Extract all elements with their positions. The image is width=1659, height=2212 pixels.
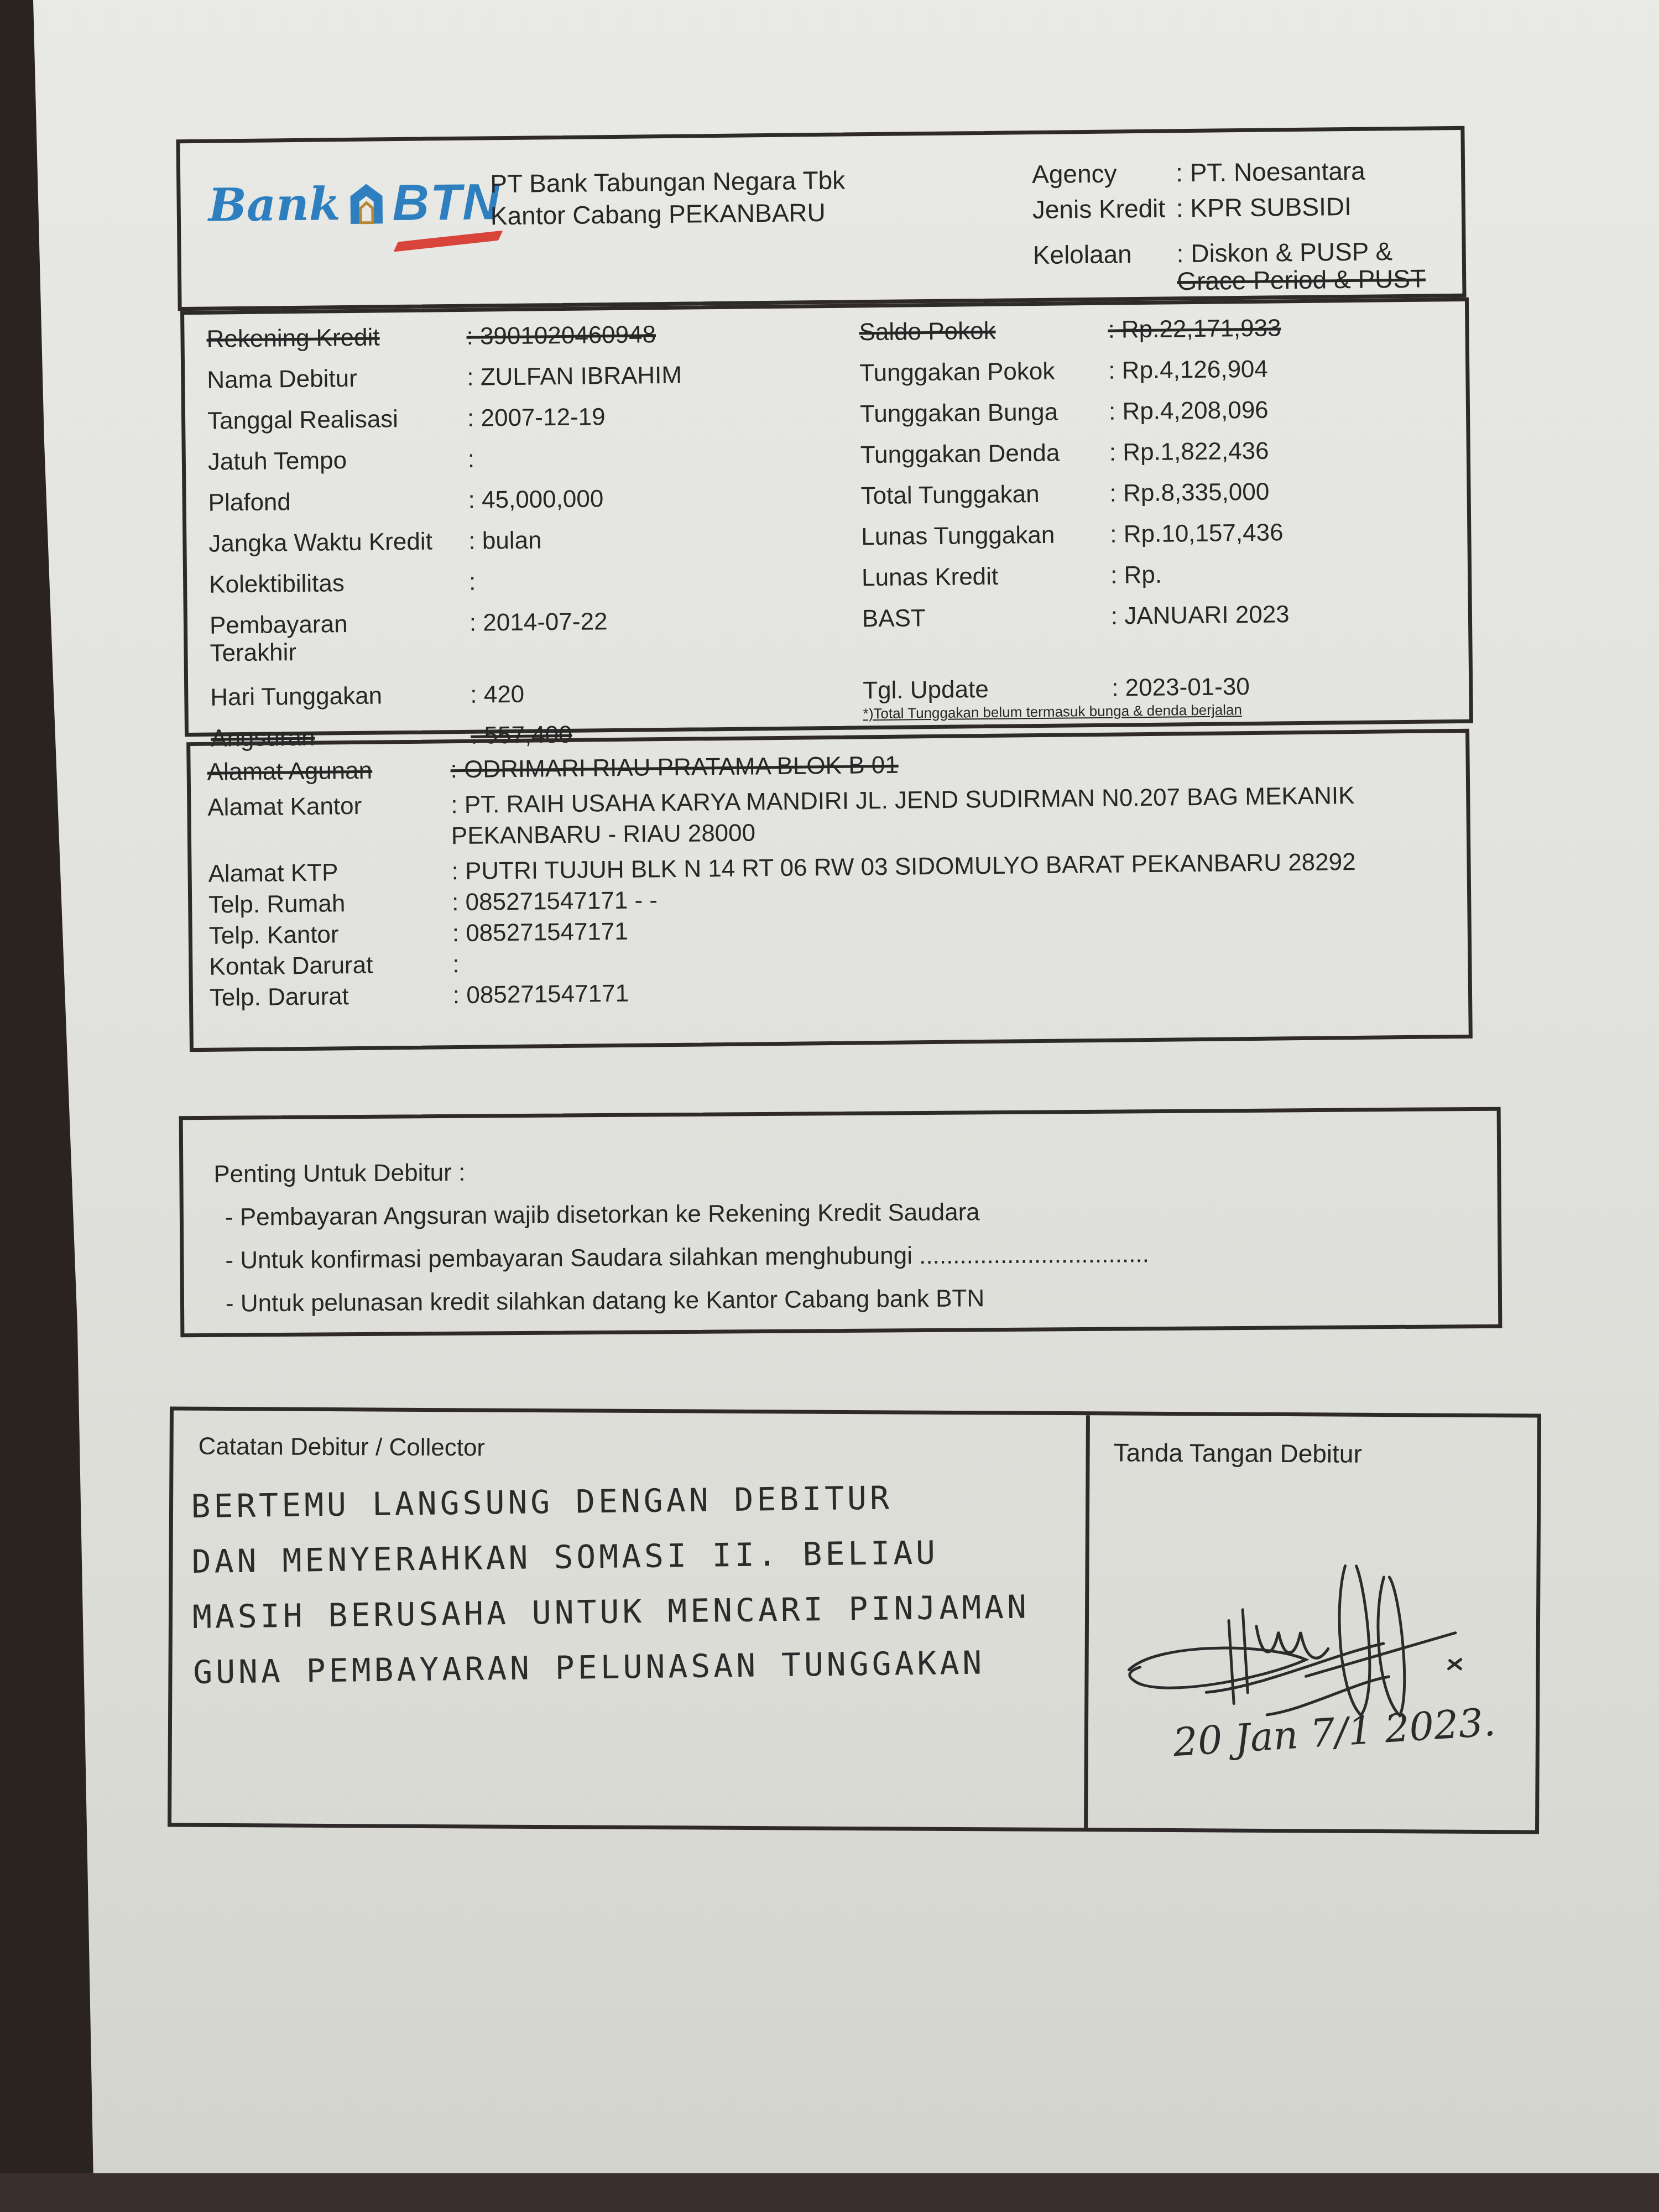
field-tunggakan-bunga: Tunggakan Bunga: Rp.4,208,096 [860, 396, 1288, 441]
header-box: Bank BTN PT Bank Tabungan Negara Tbk Kan… [176, 126, 1466, 311]
branch-name: Kantor Cabang PEKANBARU [491, 196, 846, 232]
field-value: : Rp.4,208,096 [1109, 397, 1269, 426]
field-value: : 2007-12-19 [467, 403, 606, 432]
credit-meta: Agency: PT. Noesantara Jenis Kredit: KPR… [1032, 153, 1426, 300]
logo-text-btn: BTN [392, 173, 500, 232]
meta-label: Jenis Kredit [1032, 190, 1177, 227]
field-value: : 2014-07-22 [469, 608, 608, 637]
field-value: : Rp.10,157,436 [1110, 519, 1284, 548]
field-label: Lunas Tunggakan [861, 521, 1110, 551]
field-label: Plafond [208, 487, 468, 517]
field-label: Jatuh Tempo [208, 446, 468, 476]
loan-details-right: Saldo Pokok: Rp.22,171,933 Tunggakan Pok… [859, 314, 1290, 718]
arrears-footnote: *)Total Tunggakan belum termasuk bunga &… [863, 701, 1242, 722]
field-total-tunggakan: Total Tunggakan: Rp.8,335,000 [860, 478, 1288, 523]
logo-text-bank: Bank [208, 178, 341, 232]
logo-btn-text: BTN [392, 174, 500, 231]
field-kolektibilitas: Kolektibilitas: [209, 566, 684, 612]
handwritten-notes: BERTEMU LANGSUNG DENGAN DEBITUR DAN MENY… [191, 1468, 1031, 1699]
notice-item: - Untuk konfirmasi pembayaran Saudara si… [225, 1233, 1149, 1282]
field-hari-tunggakan: Hari Tunggakan: 420 [210, 679, 685, 725]
meta-value: : KPR SUBSIDI [1176, 189, 1352, 226]
field-label: Tunggakan Bunga [860, 398, 1109, 429]
handwritten-line: GUNA PEMBAYARAN PELUNASAN TUNGGAKAN [193, 1634, 1031, 1699]
house-icon [349, 182, 384, 225]
field-label: Alamat Kantor [207, 790, 451, 854]
notice-box: Penting Untuk Debitur : - Pembayaran Ang… [179, 1107, 1503, 1338]
field-label: Total Tunggakan [860, 480, 1109, 510]
collector-notes-panel: Catatan Debitur / Collector BERTEMU LANG… [171, 1411, 1090, 1828]
handwritten-line: BERTEMU LANGSUNG DENGAN DEBITUR [191, 1468, 1029, 1533]
field-label: Kolektibilitas [209, 568, 469, 599]
address-box: Alamat Agunan: ODRIMARI RIAU PRATAMA BLO… [186, 729, 1473, 1052]
field-label: Telp. Kantor [209, 918, 453, 952]
address-list: Alamat Agunan: ODRIMARI RIAU PRATAMA BLO… [207, 744, 1393, 1013]
field-label: Tunggakan Pokok [859, 357, 1108, 388]
field-nama-debitur: Nama Debitur: ZULFAN IBRAHIM [207, 362, 682, 408]
field-bast: BAST: JANUARI 2023 [862, 601, 1290, 677]
notes-title: Catatan Debitur / Collector [198, 1433, 485, 1462]
field-value: : bulan [468, 526, 542, 555]
field-label: BAST [862, 603, 1111, 633]
field-label: Tanggal Realisasi [207, 405, 467, 435]
org-info: PT Bank Tabungan Negara Tbk Kantor Caban… [490, 164, 846, 232]
meta-value: : PT. Noesantara [1176, 153, 1365, 191]
field-label: Tgl. Update [863, 675, 1112, 705]
field-label: Nama Debitur [207, 364, 467, 394]
field-value: : Rp.22,171,933 [1108, 314, 1281, 343]
notice-item: - Untuk pelunasan kredit silahkan datang… [226, 1276, 1150, 1326]
table-surface [0, 2173, 1659, 2212]
field-value: : 3901020460948 [466, 321, 656, 351]
meta-row-agency: Agency: PT. Noesantara [1032, 153, 1425, 192]
field-value: : ZULFAN IBRAHIM [467, 362, 682, 392]
meta-label: Agency [1032, 155, 1176, 192]
field-rekening-kredit: Rekening Kredit: 3901020460948 [206, 321, 681, 367]
signature-title: Tanda Tangan Debitur [1113, 1437, 1362, 1468]
field-label: Alamat Agunan [207, 754, 451, 788]
field-value: : ODRIMARI RIAU PRATAMA BLOK B 01 [450, 744, 1390, 785]
field-label: Telp. Darurat [210, 980, 453, 1014]
notice-item: - Pembayaran Angsuran wajib disetorkan k… [225, 1190, 1149, 1239]
field-alamat-kantor: Alamat Kantor: PT. RAIH USAHA KARYA MAND… [207, 780, 1391, 854]
field-pembayaran-terakhir: Pembayaran Terakhir: 2014-07-22 [210, 607, 685, 684]
notice-content: Penting Untuk Debitur : - Pembayaran Ang… [213, 1146, 1149, 1326]
loan-details-box: Rekening Kredit: 3901020460948 Nama Debi… [180, 298, 1473, 737]
field-value: : 420 [470, 681, 524, 709]
handwritten-line: MASIH BERUSAHA UNTUK MENCARI PINJAMAN [192, 1579, 1030, 1644]
field-label: Hari Tunggakan [210, 681, 470, 712]
field-lunas-kredit: Lunas Kredit: Rp. [862, 560, 1290, 605]
logo-swoosh [393, 231, 503, 252]
field-label: Saldo Pokok [859, 316, 1108, 347]
field-value: : 2023-01-30 [1112, 673, 1250, 702]
field-label: Tunggakan Denda [860, 439, 1109, 469]
field-value: : JANUARI 2023 [1111, 601, 1290, 630]
field-label: Telp. Rumah [208, 887, 452, 921]
field-value: : Rp.8,335,000 [1109, 478, 1269, 508]
field-value: : [469, 568, 476, 596]
meta-row-jenis-kredit: Jenis Kredit: KPR SUBSIDI [1032, 188, 1426, 227]
notice-list: - Pembayaran Angsuran wajib disetorkan k… [214, 1190, 1150, 1326]
field-label: Jangka Waktu Kredit [208, 528, 468, 558]
meta-row-kelolaan-cont: Grace Period & PUST [1033, 261, 1426, 300]
field-label: Rekening Kredit [206, 323, 466, 353]
field-value: : 45,000,000 [468, 485, 603, 514]
signature-icon [1123, 1548, 1522, 1805]
field-value: : PT. RAIH USAHA KARYA MANDIRI JL. JEND … [451, 780, 1391, 852]
loan-details-left: Rekening Kredit: 3901020460948 Nama Debi… [206, 321, 686, 766]
org-name: PT Bank Tabungan Negara Tbk [490, 164, 845, 200]
field-value: : [468, 446, 475, 473]
field-lunas-tunggakan: Lunas Tunggakan: Rp.10,157,436 [861, 519, 1289, 564]
field-jatuh-tempo: Jatuh Tempo: [208, 444, 683, 489]
field-jangka-waktu: Jangka Waktu Kredit: bulan [208, 525, 684, 571]
field-value: : Rp.4,126,904 [1108, 356, 1268, 385]
notice-title: Penting Untuk Debitur : [213, 1146, 1149, 1196]
field-label: Pembayaran Terakhir [210, 611, 376, 667]
field-value: : Rp. [1110, 561, 1162, 589]
meta-value: Grace Period & PUST [1177, 261, 1426, 299]
meta-label [1033, 263, 1177, 300]
bank-btn-logo: Bank BTN [208, 173, 500, 234]
field-label: Kontak Darurat [209, 949, 453, 983]
field-tanggal-realisasi: Tanggal Realisasi: 2007-12-19 [207, 403, 682, 448]
handwritten-line: DAN MENYERAHKAN SOMASI II. BELIAU [191, 1524, 1029, 1589]
field-label: Lunas Kredit [862, 562, 1110, 592]
notes-signature-box: Catatan Debitur / Collector BERTEMU LANG… [168, 1407, 1541, 1834]
field-value: : Rp.1,822,436 [1109, 437, 1269, 467]
field-label: Alamat KTP [208, 856, 452, 890]
field-saldo-pokok: Saldo Pokok: Rp.22,171,933 [859, 314, 1287, 359]
field-plafond: Plafond: 45,000,000 [208, 484, 683, 530]
field-tunggakan-pokok: Tunggakan Pokok: Rp.4,126,904 [859, 355, 1287, 400]
field-tunggakan-denda: Tunggakan Denda: Rp.1,822,436 [860, 437, 1288, 482]
